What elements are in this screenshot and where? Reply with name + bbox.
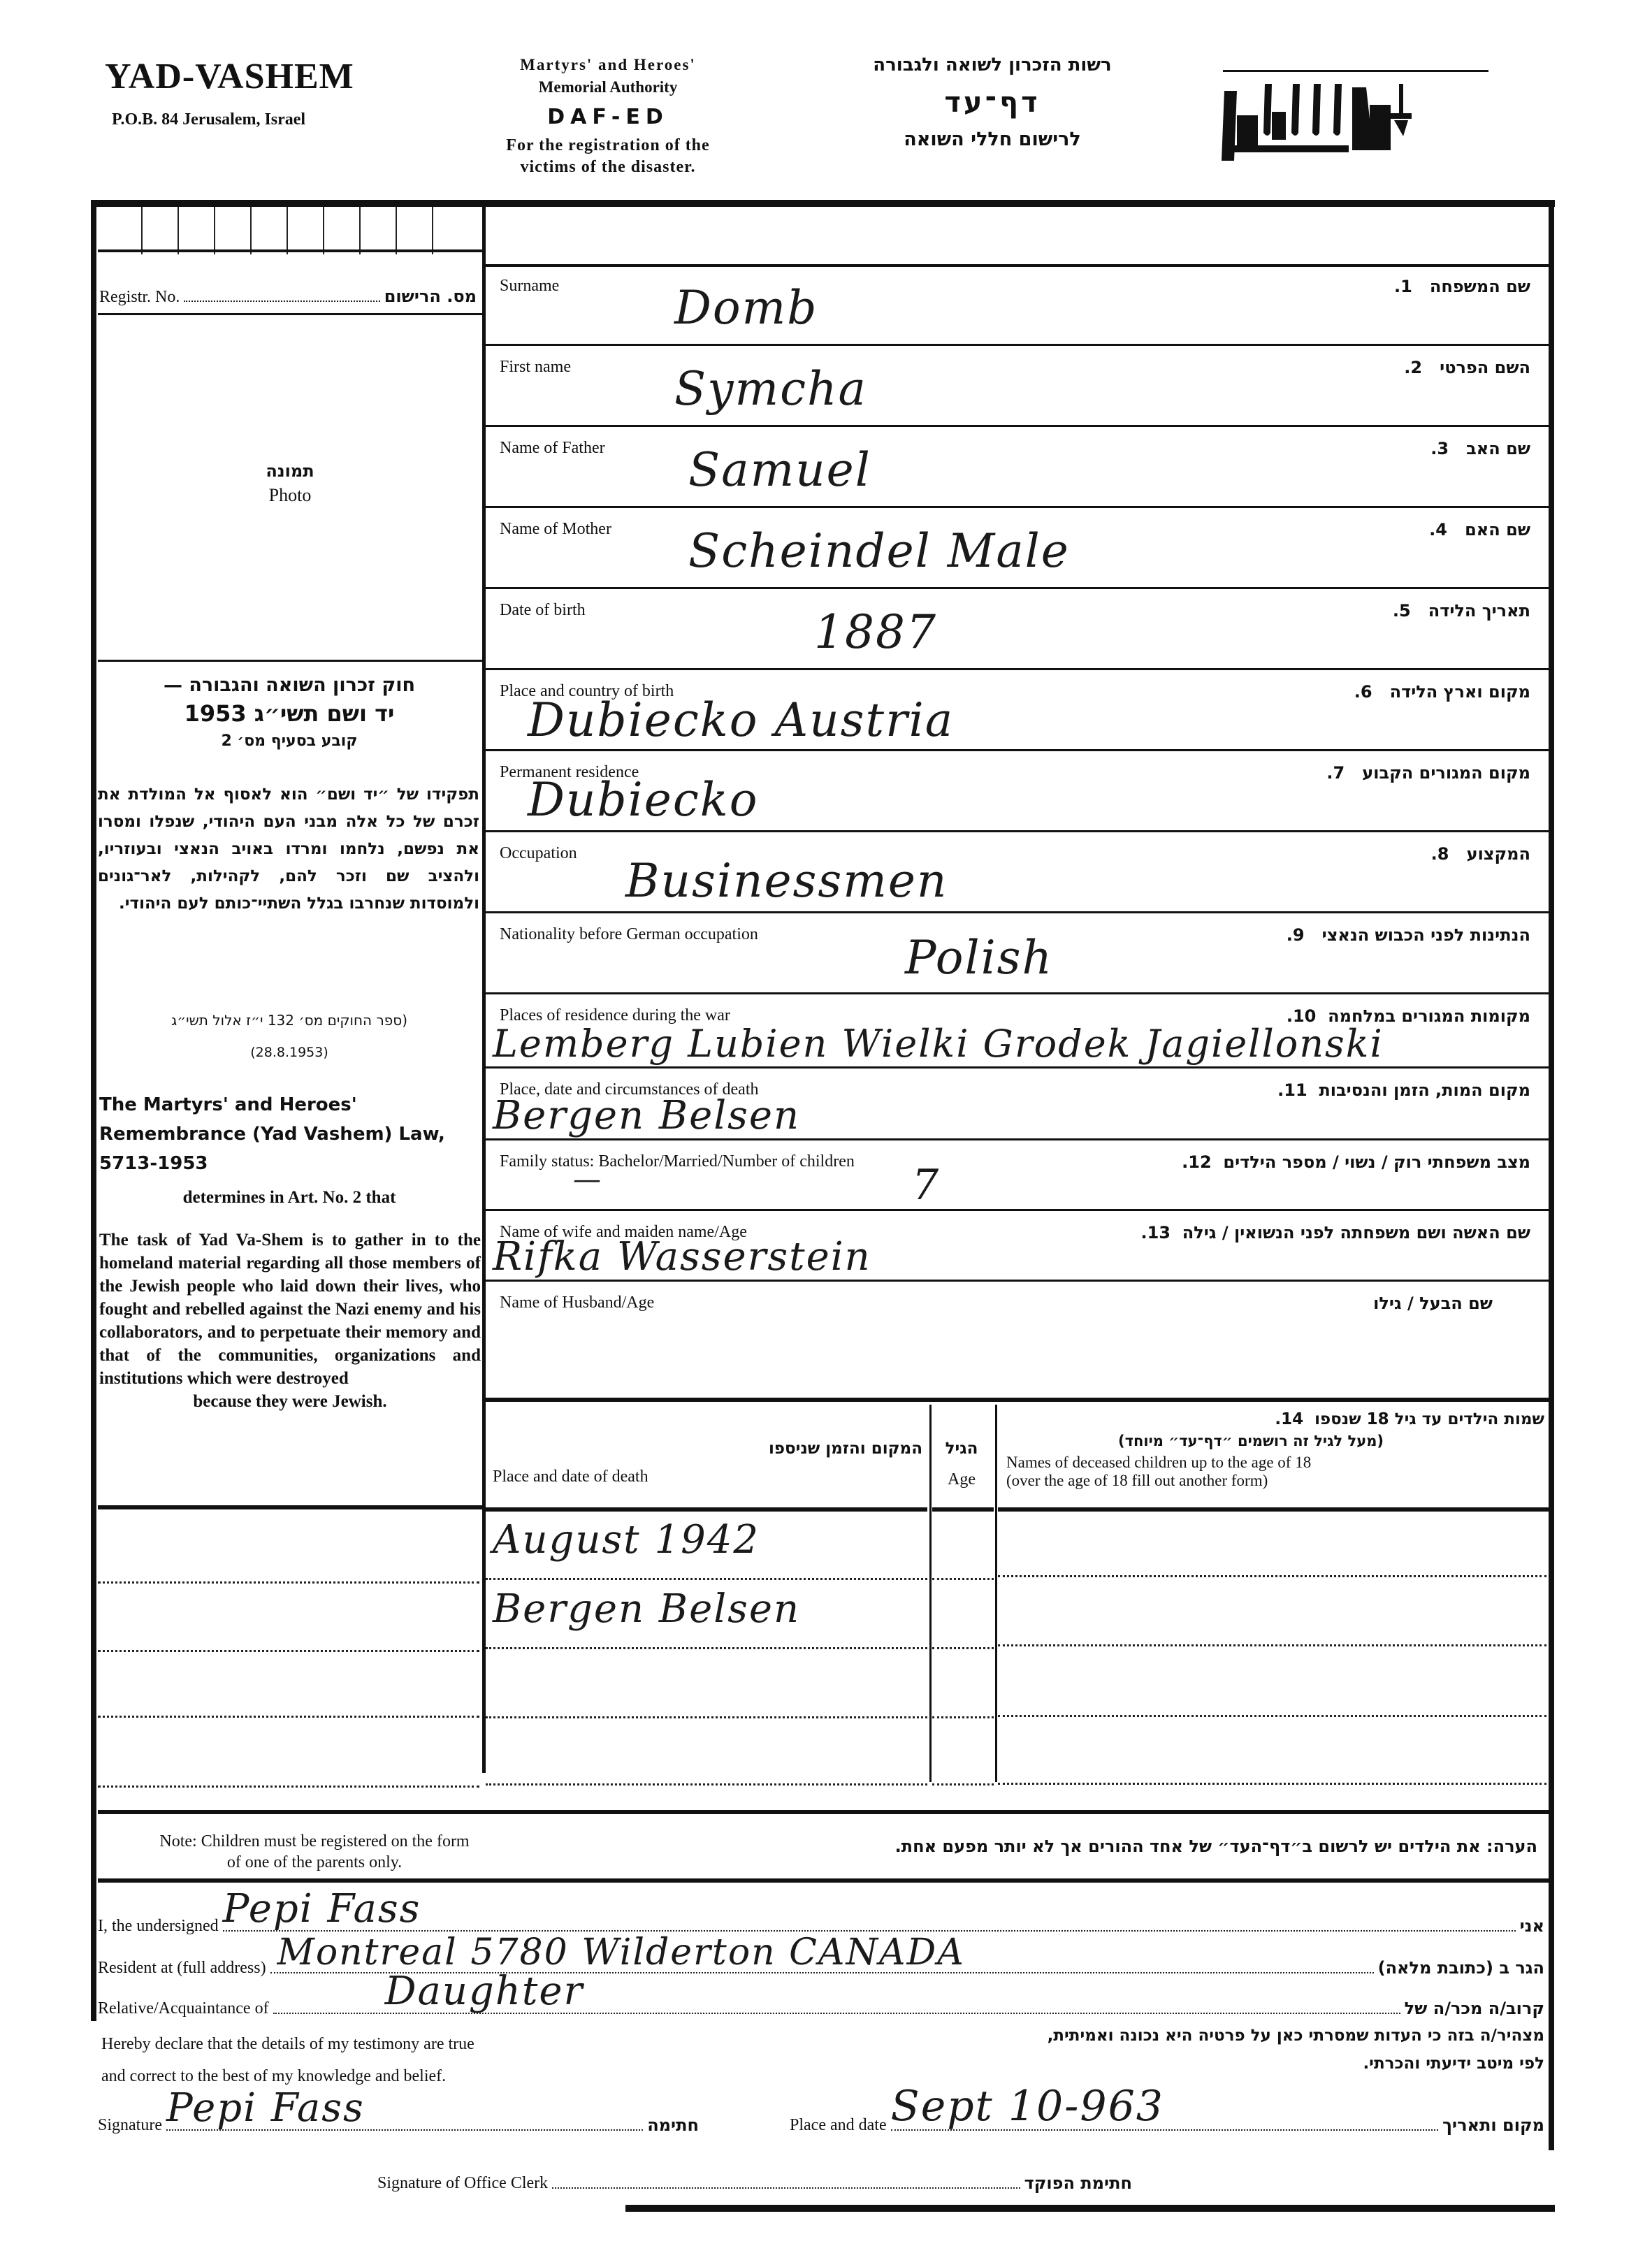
org-address: P.O.B. 84 Jerusalem, Israel: [112, 110, 305, 129]
divider: [98, 1810, 1549, 1814]
note-english: Note: Children must be registered on the…: [105, 1831, 524, 1873]
field-label: Occupation: [500, 844, 577, 863]
declaration-en-2: and correct to the best of my knowledge …: [101, 2067, 446, 2086]
field-husband-name[interactable]: Name of Husband/Age שם הבעל / גילו: [486, 1284, 1549, 1361]
clerk-signature-input[interactable]: [552, 2186, 1020, 2189]
children-col-names-he: שמות הילדים עד גיל 18 שנספו 14.: [999, 1410, 1544, 1428]
relative-label: Relative/Acquaintance of: [98, 1999, 269, 2018]
divider: [486, 1398, 1549, 1402]
field-surname[interactable]: Surname שם המשפחה 1. Domb: [486, 267, 1549, 346]
frame-left-border: [91, 204, 96, 2021]
field-death-circumstances[interactable]: Place, date and circumstances of death מ…: [486, 1071, 1549, 1140]
row-line: [998, 1715, 1546, 1717]
row-line: [486, 1716, 927, 1718]
row-line: [998, 1783, 1546, 1785]
field-label: Family status: Bachelor/Married/Number o…: [500, 1152, 855, 1171]
heb-authority: רשות הזכרון לשואה ולגבורה: [797, 55, 1188, 75]
children-col-names-he-2: (מעל לגיל זה רושמים ״דף־עד״ מיוחד): [999, 1433, 1502, 1449]
children-col-names: Names of deceased children up to the age…: [1006, 1454, 1311, 1472]
children-col-names-2: (over the age of 18 fill out another for…: [1006, 1472, 1268, 1490]
children-col-place-he: המקום והזמן שניספו: [489, 1440, 922, 1458]
field-label: Name of Mother: [500, 520, 611, 539]
signature-value[interactable]: Pepi Fass: [166, 2085, 365, 2131]
field-value-children-count[interactable]: 7: [912, 1161, 940, 1210]
children-col-age-he: הגיל: [934, 1440, 990, 1458]
row-line: [486, 1783, 927, 1785]
field-wartime-residence[interactable]: Places of residence during the war מקומו…: [486, 997, 1549, 1069]
heb-form-name: דף־עד: [797, 87, 1188, 119]
divider: [98, 313, 482, 315]
field-label: Date of birth: [500, 601, 586, 620]
field-date-of-birth[interactable]: Date of birth תאריך הלידה 5. 1887: [486, 591, 1549, 670]
law-determines: determines in Art. No. 2 that: [98, 1188, 481, 1208]
field-value[interactable]: Polish: [905, 931, 1053, 985]
field-mother-name[interactable]: Name of Mother שם האם 4. Scheindel Male: [486, 510, 1549, 589]
relative-input[interactable]: Daughter: [273, 2011, 1400, 2014]
place-date-input[interactable]: Sept 10-963: [891, 2128, 1439, 2131]
signature-row[interactable]: Signature Pepi Fass חתימה: [98, 2100, 699, 2135]
field-value[interactable]: Dubiecko Austria: [528, 693, 954, 747]
relative-row[interactable]: Relative/Acquaintance of Daughter קרוב/ה…: [98, 1990, 1544, 2018]
law-hebrew-reference: (ספר החוקים מס׳ 132 י״ז אלול תשי״ג: [98, 1012, 481, 1029]
field-value[interactable]: Businessmen: [625, 854, 948, 908]
registr-label: Registr. No.: [99, 288, 180, 307]
authority-line-1: Martyrs' and Heroes': [440, 56, 776, 74]
note-line-2: of one of the parents only.: [105, 1852, 524, 1873]
org-name: YAD-VASHEM: [105, 56, 354, 97]
field-label: Nationality before German occupation: [500, 925, 758, 944]
note-hebrew: הערה: את הילדים יש לרשום ב״דף־העד״ של אח…: [650, 1837, 1537, 1856]
undersigned-label: I, the undersigned: [98, 1917, 219, 1936]
field-label-he: שם האב 3.: [1430, 439, 1530, 458]
divider: [98, 1505, 482, 1509]
row-line: [932, 1783, 994, 1785]
law-english-body: The task of Yad Va-Shem is to gather in …: [99, 1229, 481, 1413]
relative-label-he: קרוב/ה מכר/ה של: [1405, 1999, 1544, 2018]
field-value[interactable]: Dubiecko: [528, 773, 759, 827]
relative-value[interactable]: Daughter: [385, 1969, 584, 2014]
field-label-he: מקום המות, הזמן והנסיבות 11.: [1277, 1080, 1530, 1100]
child-row-2-place[interactable]: Bergen Belsen: [486, 1581, 927, 1648]
children-col-age: Age: [934, 1470, 990, 1489]
children-col-place: Place and date of death: [493, 1468, 649, 1486]
field-value[interactable]: Samuel: [688, 443, 871, 497]
row-line: [98, 1716, 479, 1718]
authority-line-2: Memorial Authority: [440, 78, 776, 96]
row-line: [486, 1578, 927, 1580]
frame-top-border: [91, 200, 1555, 207]
clerk-signature-row[interactable]: Signature of Office Clerk חתימת הפוקד: [377, 2165, 1132, 2193]
clerk-label-he: חתימת הפוקד: [1024, 2173, 1132, 2193]
child-row-1-place[interactable]: August 1942: [486, 1512, 927, 1579]
field-permanent-residence[interactable]: Permanent residence מקום המגורים הקבוע 7…: [486, 753, 1549, 832]
field-occupation[interactable]: Occupation המקצוע 8. Businessmen: [486, 834, 1549, 913]
divider: [98, 1878, 1549, 1883]
row-line: [932, 1647, 994, 1649]
resident-label-he: הגר ב (כתובת מלאה): [1378, 1958, 1544, 1978]
declaration-en-1: Hereby declare that the details of my te…: [101, 2035, 474, 2054]
child-place-value[interactable]: Bergen Belsen: [493, 1586, 800, 1632]
place-date-label: Place and date: [790, 2116, 887, 2135]
law-heb-title-2: יד ושם תשי״ג 1953: [98, 700, 481, 727]
declaration-he-1: מצהיר/ה בזה כי העדות שמסרתי כאן על פרטיה…: [769, 2027, 1544, 2045]
frame-right-border: [1549, 204, 1554, 2150]
field-label-he: שם האם 4.: [1429, 520, 1530, 539]
field-value[interactable]: Rifka Wasserstein: [493, 1234, 871, 1280]
signature-input[interactable]: Pepi Fass: [166, 2128, 643, 2131]
yad-vashem-logo-icon: [1216, 70, 1544, 161]
field-label-he: מקום המגורים הקבוע 7.: [1326, 763, 1530, 783]
field-label-he: תאריך הלידה 5.: [1393, 601, 1530, 621]
field-value[interactable]: Scheindel Male: [688, 524, 1070, 578]
law-english-text: The task of Yad Va-Shem is to gather in …: [99, 1229, 481, 1390]
field-family-status[interactable]: Family status: Bachelor/Married/Number o…: [486, 1143, 1549, 1211]
divider: [98, 249, 482, 252]
signature-label: Signature: [98, 2116, 162, 2135]
field-value[interactable]: Lemberg Lubien Wielki Grodek Jagiellonsk…: [493, 1022, 1384, 1066]
clerk-label: Signature of Office Clerk: [377, 2174, 548, 2193]
registr-input-line[interactable]: [184, 289, 379, 302]
registr-label-he: מס. הרישום: [384, 287, 477, 306]
row-line: [932, 1716, 994, 1718]
purpose-line-1: For the registration of the: [440, 136, 776, 155]
column-divider: [929, 1405, 932, 1782]
field-value-status[interactable]: —: [573, 1164, 602, 1196]
field-value[interactable]: Bergen Belsen: [493, 1093, 800, 1138]
undersigned-label-he: אני: [1520, 1916, 1544, 1936]
law-date: (28.8.1953): [98, 1045, 481, 1060]
field-label-he: מקום וארץ הלידה 6.: [1354, 682, 1530, 702]
purpose-line-2: victims of the disaster.: [440, 158, 776, 177]
law-heb-subtitle: קובע בסעיף מס׳ 2: [98, 732, 481, 750]
divider: [98, 660, 482, 662]
field-value[interactable]: Symcha: [674, 362, 867, 416]
row-line: [932, 1578, 994, 1580]
field-label: First name: [500, 358, 571, 377]
place-date-row[interactable]: Place and date Sept 10-963 מקום ותאריך: [790, 2100, 1544, 2135]
row-line: [98, 1785, 479, 1788]
place-date-value[interactable]: Sept 10-963: [891, 2082, 1164, 2131]
field-label: Name of Husband/Age: [500, 1294, 654, 1312]
row-line: [98, 1581, 479, 1584]
frame-bottom-border: [625, 2205, 1555, 2212]
field-label-he: שם הבעל / גילו: [1373, 1294, 1493, 1313]
form-name: DAF-ED: [440, 105, 776, 129]
form-header-english: Martyrs' and Heroes' Memorial Authority …: [440, 56, 776, 177]
law-hebrew-heading: חוק זכרון השואה והגבורה — יד ושם תשי״ג 1…: [98, 674, 481, 750]
field-nationality[interactable]: Nationality before German occupation הנת…: [486, 915, 1549, 994]
field-label-he: הנתינות לפני הכבוש הנאצי 9.: [1287, 925, 1530, 945]
form-header-hebrew: רשות הזכרון לשואה ולגבורה דף־עד לרישום ח…: [797, 55, 1188, 150]
undersigned-value[interactable]: Pepi Fass: [223, 1886, 421, 1932]
law-heb-title: חוק זכרון השואה והגבורה —: [98, 674, 481, 696]
photo-label-he: תמונה: [98, 461, 482, 481]
field-label-he: שם המשפחה 1.: [1394, 277, 1530, 296]
row-line: [998, 1575, 1546, 1577]
column-divider: [995, 1405, 997, 1782]
field-father-name[interactable]: Name of Father שם האב 3. Samuel: [486, 429, 1549, 508]
field-wife-name[interactable]: Name of wife and maiden name/Age שם האשה…: [486, 1213, 1549, 1282]
registration-tick-boxes: [98, 207, 481, 264]
divider: [932, 1507, 994, 1512]
resident-row[interactable]: Resident at (full address) Montreal 5780…: [98, 1950, 1544, 1978]
resident-label: Resident at (full address): [98, 1959, 266, 1978]
declaration-he-2: לפי מיטב ידיעתי והכרתי.: [769, 2055, 1544, 2073]
registration-number-field[interactable]: Registr. No. מס. הרישום: [99, 287, 477, 307]
field-label-he: המקצוע 8.: [1431, 844, 1530, 864]
field-value[interactable]: Domb: [674, 281, 818, 335]
field-place-of-birth[interactable]: Place and country of birth מקום וארץ הלי…: [486, 672, 1549, 751]
divider: [998, 1507, 1549, 1512]
field-value[interactable]: 1887: [814, 605, 937, 659]
note-line-1: Note: Children must be registered on the…: [105, 1831, 524, 1852]
field-label: Surname: [500, 277, 559, 296]
photo-area: תמונה Photo: [98, 461, 482, 506]
photo-label: Photo: [98, 485, 482, 506]
law-hebrew-body: תפקידו של ״יד ושם״ הוא לאסוף אל המולדת א…: [98, 781, 479, 918]
signature-label-he: חתימה: [647, 2115, 699, 2135]
field-label-he: שם האשה ושם משפחתה לפני הנשואין / גילה 1…: [1140, 1223, 1530, 1243]
field-label-he: מצב משפחתי רוק / נשוי / מספר הילדים 12.: [1182, 1152, 1530, 1172]
child-place-value[interactable]: August 1942: [493, 1517, 760, 1563]
row-line: [98, 1650, 479, 1652]
law-english-title: The Martyrs' and Heroes' Remembrance (Ya…: [99, 1090, 481, 1178]
resident-value[interactable]: Montreal 5780 Wilderton CANADA: [277, 1932, 965, 1973]
row-line: [998, 1644, 1546, 1646]
heb-purpose: לרישום חללי השואה: [797, 129, 1188, 150]
place-date-label-he: מקום ותאריך: [1442, 2115, 1544, 2135]
law-english-end: because they were Jewish.: [99, 1390, 481, 1413]
field-label-he: השם הפרטי 2.: [1404, 358, 1530, 377]
field-label: Name of Father: [500, 439, 605, 458]
row-line: [486, 1647, 927, 1649]
field-first-name[interactable]: First name השם הפרטי 2. Symcha: [486, 348, 1549, 427]
